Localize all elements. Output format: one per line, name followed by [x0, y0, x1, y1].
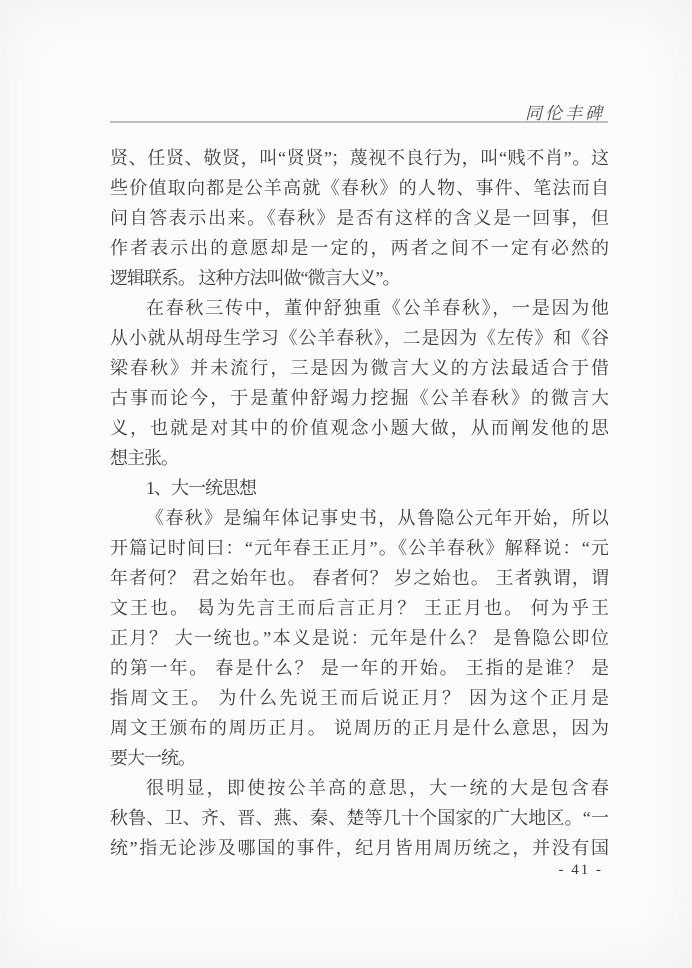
text-line: 问自答表示出来。《春秋》是否有这样的含义是一回事，但 [110, 203, 608, 233]
text-line: 贤、任贤、敬贤，叫“贤贤”；蔑视不良行为，叫“贱不肖”。这 [110, 143, 608, 173]
text-line: 统”指无论涉及哪国的事件，纪月皆用周历统之，并没有国 [110, 833, 608, 863]
text-line: 想主张。 [110, 443, 608, 473]
text-line: 的第一年。 春是什么？ 是一年的开始。 王指的是谁？ 是 [110, 653, 608, 683]
text-line: 正月？ 大一统也。”本义是说：元年是什么？ 是鲁隐公即位 [110, 623, 608, 653]
scanned-page: 同伦丰碑 贤、任贤、敬贤，叫“贤贤”；蔑视不良行为，叫“贱不肖”。这 些价值取向… [0, 0, 692, 968]
text-line: 周文王颁布的周历正月。 说周历的正月是什么意思，因为 [110, 713, 608, 743]
text-line: 很明显，即使按公羊高的意思，大一统的大是包含春 [110, 773, 608, 803]
text-line: 开篇记时间曰：“元年春王正月”。《公羊春秋》解释说：“元 [110, 533, 608, 563]
text-line: 年者何？ 君之始年也。 春者何？ 岁之始也。 王者孰谓，谓 [110, 563, 608, 593]
header-rule [110, 121, 608, 123]
text-line: 在春秋三传中，董仲舒独重《公羊春秋》，一是因为他 [110, 293, 608, 323]
text-line: 作者表示出的意愿却是一定的，两者之间不一定有必然的 [110, 233, 608, 263]
text-line: 义，也就是对其中的价值观念小题大做，从而阐发他的思 [110, 413, 608, 443]
text-line: 《春秋》是编年体记事史书，从鲁隐公元年开始，所以 [110, 503, 608, 533]
body-text: 贤、任贤、敬贤，叫“贤贤”；蔑视不良行为，叫“贱不肖”。这 些价值取向都是公羊高… [110, 143, 608, 863]
text-line: 从小就从胡母生学习《公羊春秋》，二是因为《左传》和《谷 [110, 323, 608, 353]
text-line: 逻辑联系。 这种方法叫做“微言大义”。 [110, 263, 608, 293]
text-line: 要大一统。 [110, 743, 608, 773]
text-line: 古事而论今，于是董仲舒竭力挖掘《公羊春秋》的微言大 [110, 383, 608, 413]
text-line: 梁春秋》并未流行，三是因为微言大义的方法最适合于借 [110, 353, 608, 383]
section-heading: 1、大一统思想 [110, 473, 608, 503]
text-line: 些价值取向都是公羊高就《春秋》的人物、事件、笔法而自 [110, 173, 608, 203]
page-number: - 41 - [559, 862, 604, 879]
text-line: 秋鲁、卫、齐、晋、燕、秦、楚等几十个国家的广大地区。“一 [110, 803, 608, 833]
text-line: 文王也。 曷为先言王而后言正月？ 王正月也。 何为乎王 [110, 593, 608, 623]
text-line: 指周文王。 为什么先说王而后说正月？ 因为这个正月是 [110, 683, 608, 713]
